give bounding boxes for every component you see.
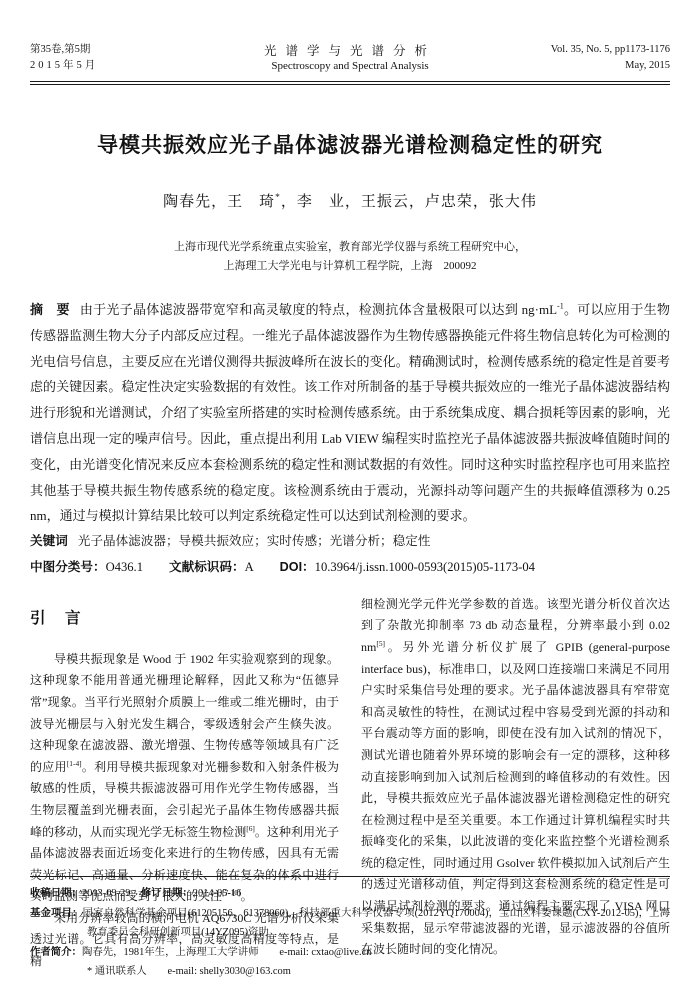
journal-name-cn: 光谱学与光谱分析 xyxy=(190,43,510,59)
abstract-label: 摘 要 xyxy=(30,302,70,317)
section-heading-introduction: 引 言 xyxy=(30,606,339,628)
clc-value: O436.1 xyxy=(106,560,143,574)
issue-date-en: May, 2015 xyxy=(510,58,670,74)
keywords-text: 光子晶体滤波器；导模共振效应；实时传感；光谱分析；稳定性 xyxy=(78,534,431,548)
intro-paragraph-1: 导模共振现象是 Wood 于 1902 年实验观察到的现象。这种现象不能用普通光… xyxy=(30,649,339,908)
page-content: 第35卷,第5期 2015年5月 光谱学与光谱分析 Spectroscopy a… xyxy=(0,0,700,973)
masthead-right: Vol. 35, No. 5, pp1173-1176 May, 2015 xyxy=(510,42,670,74)
masthead-divider xyxy=(30,81,670,85)
classification-line: 中图分类号：O436.1文献标识码：ADOI：10.3964/j.issn.10… xyxy=(30,555,670,581)
funding-note-line: 基金项目：国家自然科学基金项目(61205156，61378060)，科技部重大… xyxy=(30,904,670,943)
clc-label: 中图分类号： xyxy=(30,560,106,574)
paper-title: 导模共振效应光子晶体滤波器光谱检测稳定性的研究 xyxy=(30,129,670,159)
doi-value: 10.3964/j.issn.1000-0593(2015)05-1173-04 xyxy=(315,560,535,574)
author-bio-line: 作者简介：陶春先，1981年生，上海理工大学讲师 e-mail: cxtao@l… xyxy=(30,943,670,963)
abstract: 摘 要由于光子晶体滤波器带宽窄和高灵敏度的特点，检测抗体含量极限可以达到 ng·… xyxy=(30,297,670,529)
document-code-value: A xyxy=(245,560,254,574)
volume-issue-en: Vol. 35, No. 5, pp1173-1176 xyxy=(510,42,670,58)
corresponding-author-line: * 通讯联系人 e-mail: shelly3030@163.com xyxy=(30,962,670,982)
footnote-block: 收稿日期：2013-09-29，修订日期：2014-05-16 基金项目：国家自… xyxy=(30,876,670,982)
keywords-line: 关键词光子晶体滤波器；导模共振效应；实时传感；光谱分析；稳定性 xyxy=(30,529,670,555)
journal-page: 第35卷,第5期 2015年5月 光谱学与光谱分析 Spectroscopy a… xyxy=(0,0,700,989)
masthead-journal-name: 光谱学与光谱分析 Spectroscopy and Spectral Analy… xyxy=(190,43,510,74)
clc-number: 中图分类号：O436.1 xyxy=(30,560,143,574)
doi-label: DOI： xyxy=(280,560,315,574)
affiliation-line-1: 上海市现代光学系统重点实验室，教育部光学仪器与系统工程研究中心， xyxy=(30,238,670,257)
journal-name-en: Spectroscopy and Spectral Analysis xyxy=(190,59,510,74)
footnote-divider xyxy=(30,876,670,877)
affiliation-line-2: 上海理工大学光电与计算机工程学院，上海 200092 xyxy=(30,257,670,276)
received-dates-line: 收稿日期：2013-09-29，修订日期：2014-05-16 xyxy=(30,884,670,904)
issue-date-cn: 2015年5月 xyxy=(30,58,190,74)
keywords-label: 关键词 xyxy=(30,534,68,548)
document-code: 文献标识码：A xyxy=(169,560,254,574)
document-code-label: 文献标识码： xyxy=(169,560,245,574)
journal-masthead: 第35卷,第5期 2015年5月 光谱学与光谱分析 Spectroscopy a… xyxy=(30,42,670,74)
abstract-text: 由于光子晶体滤波器带宽窄和高灵敏度的特点，检测抗体含量极限可以达到 ng·mL-… xyxy=(30,302,670,523)
authors-line: 陶春先，王 琦*，李 业，王振云，卢忠荣，张大伟 xyxy=(30,190,670,211)
doi: DOI：10.3964/j.issn.1000-0593(2015)05-117… xyxy=(280,560,535,574)
volume-issue-cn: 第35卷,第5期 xyxy=(30,42,190,58)
masthead-left: 第35卷,第5期 2015年5月 xyxy=(30,42,190,74)
